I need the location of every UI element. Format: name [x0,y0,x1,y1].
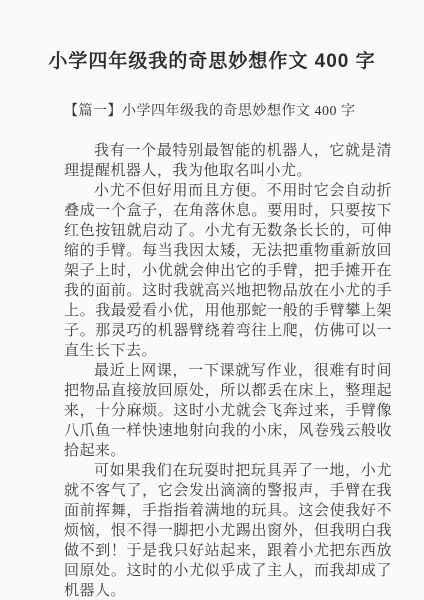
essay-paragraph: 小尤不但好用而且方便。不用时它会自动折叠成一个盒子，在角落休息。要用时，只要按下… [64,181,392,361]
page-title: 小学四年级我的奇思妙想作文 400 字 [20,46,404,73]
document-page: 小学四年级我的奇思妙想作文 400 字 【篇一】小学四年级我的奇思妙想作文 40… [0,0,424,600]
essay-paragraph: 我有一个最特别最智能的机器人，它就是清理提醒机器人，我为他取名叫小尤。 [64,141,392,181]
section-heading: 【篇一】小学四年级我的奇思妙想作文 400 字 [64,100,392,120]
essay-paragraph: 可如果我们在玩耍时把玩具弄了一地，小尤就不客气了，它会发出滴滴的警报声，手臂在我… [64,461,392,600]
essay-paragraph: 最近上网课，一下课就写作业，很难有时间把物品直接放回原处，所以都丢在床上，整理起… [64,361,392,461]
essay-body: 我有一个最特别最智能的机器人，它就是清理提醒机器人，我为他取名叫小尤。小尤不但好… [64,141,392,600]
